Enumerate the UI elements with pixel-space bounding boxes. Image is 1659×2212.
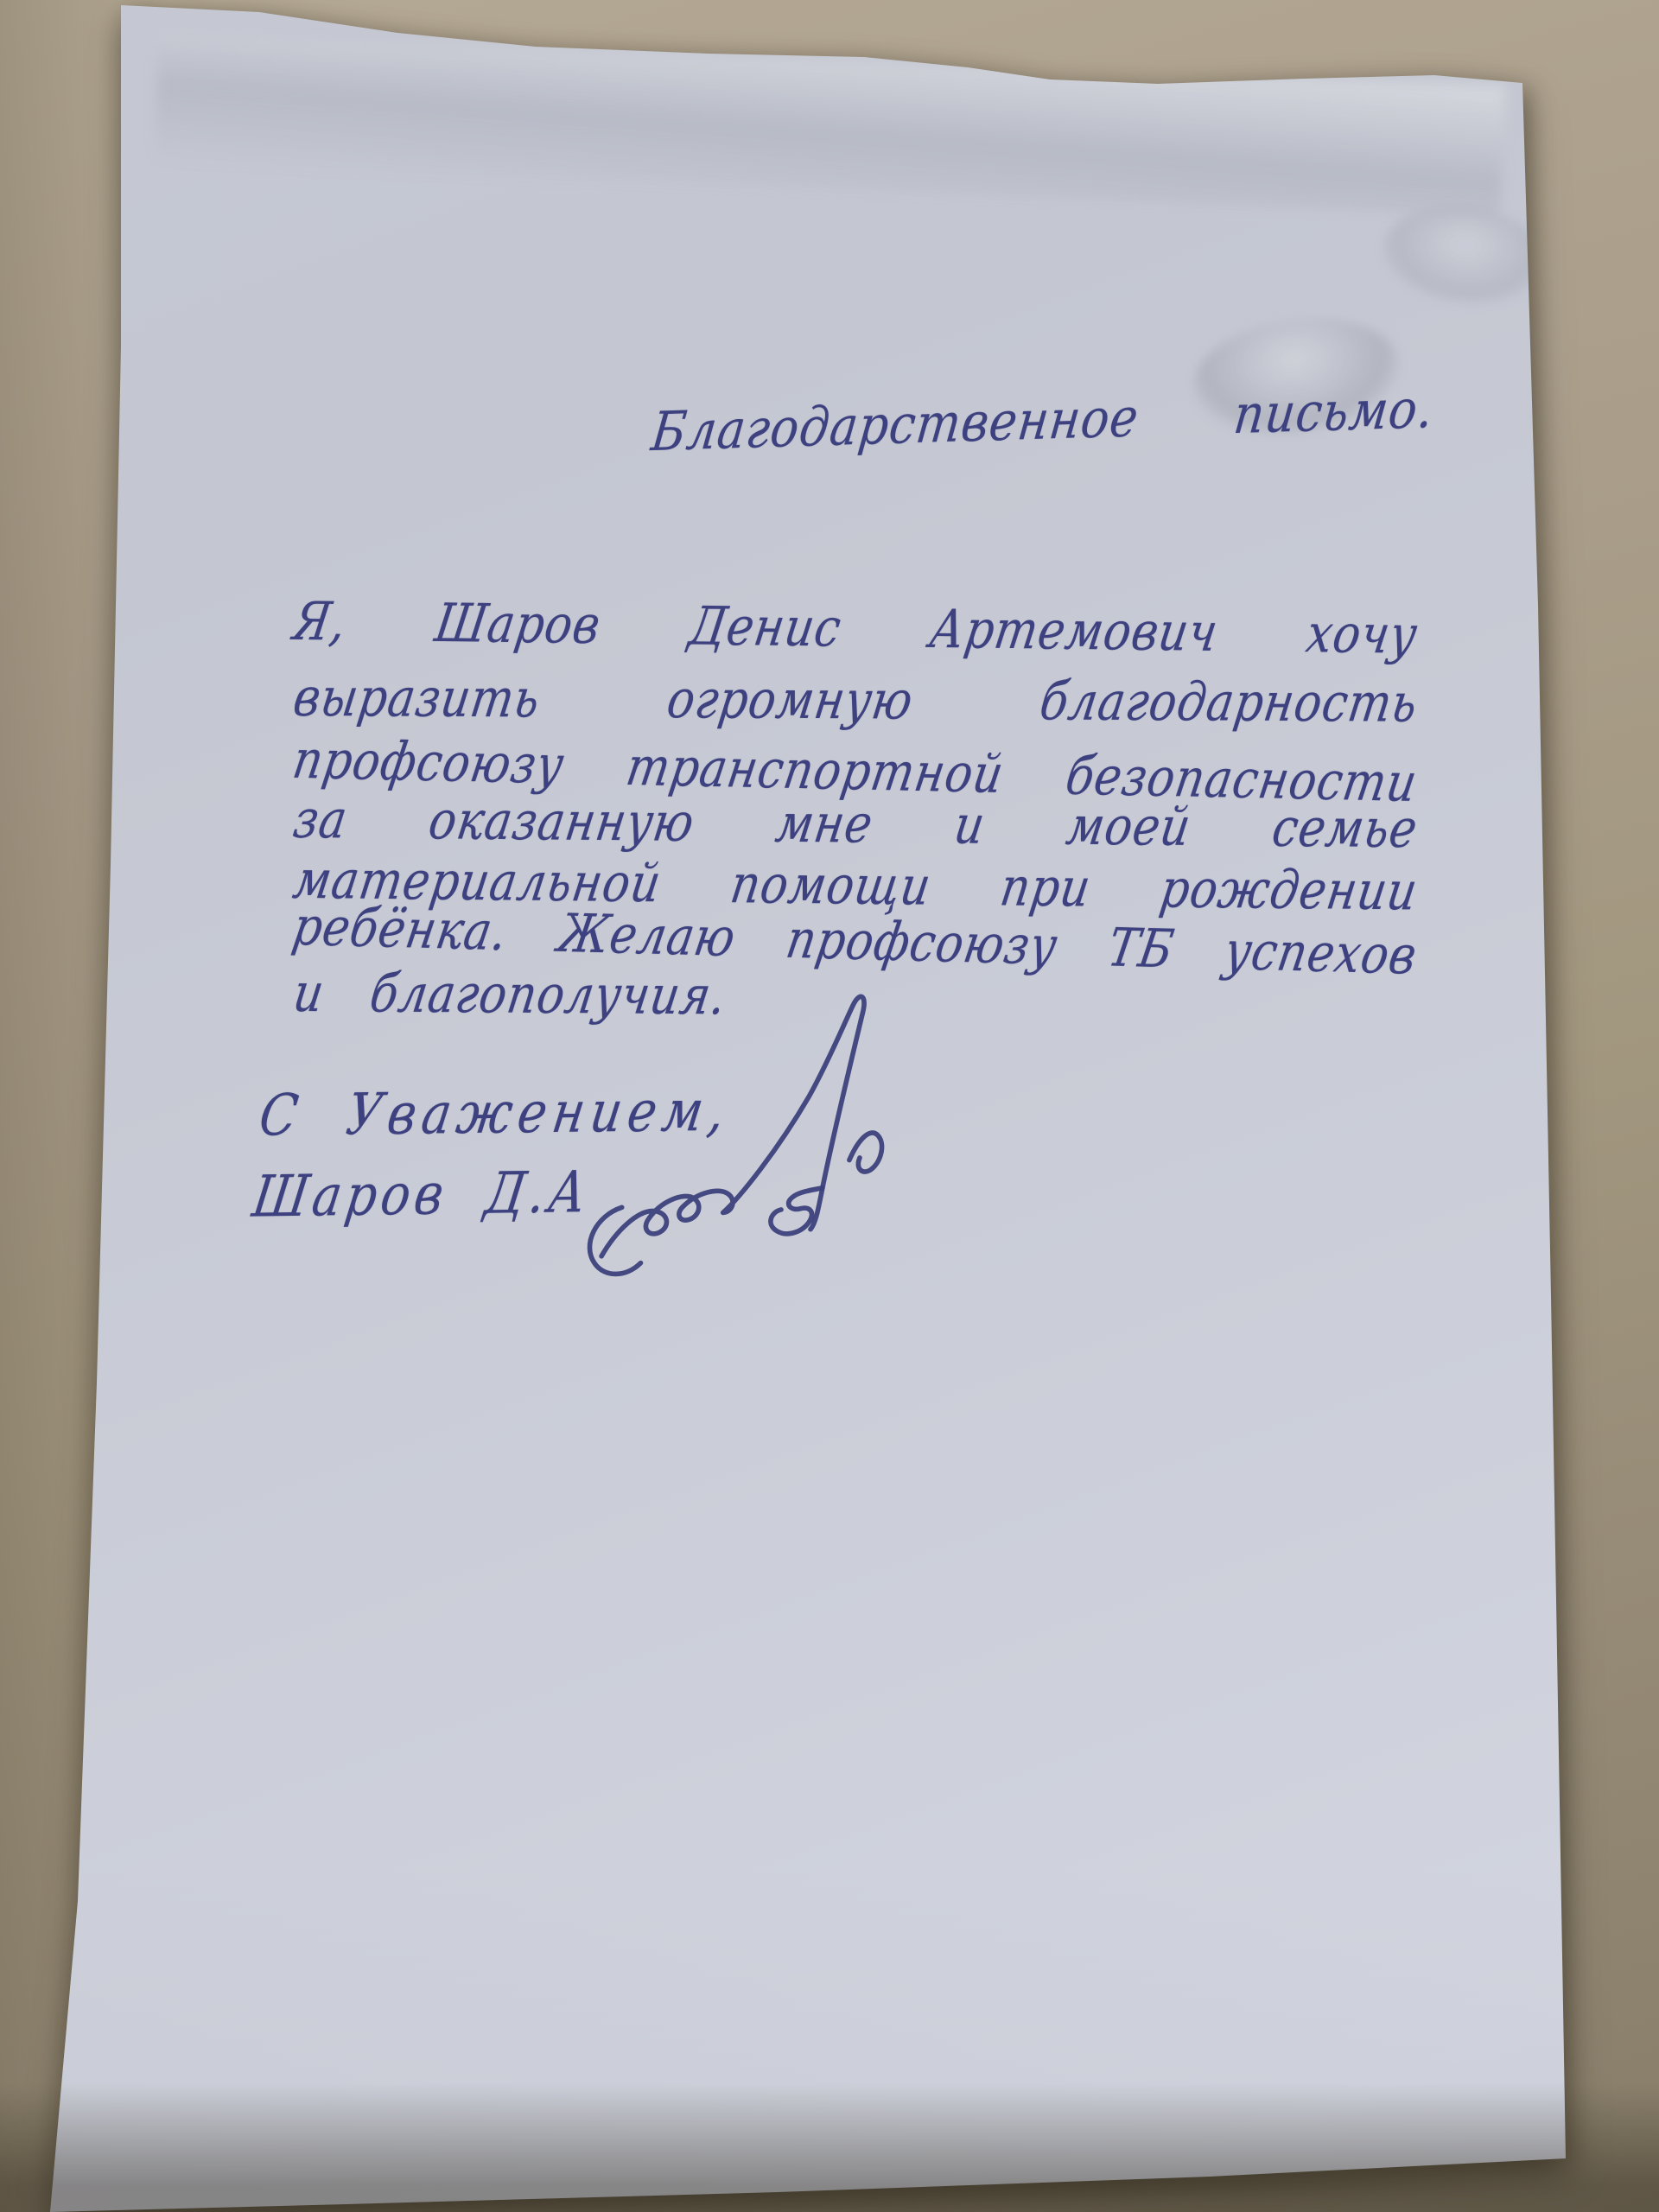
word: Я, bbox=[289, 594, 350, 651]
word: рождении bbox=[1157, 862, 1421, 920]
letter-body-line: заоказаннуюмнеимоейсемье bbox=[289, 792, 1421, 858]
letter-paper: Благодарственноеписьмо. Я,ШаровДенисАрте… bbox=[0, 0, 1659, 2212]
word: Артемович bbox=[926, 602, 1222, 661]
signature-flourish-icon bbox=[553, 980, 974, 1286]
closing-signature-line: Шаров Д.А bbox=[249, 1164, 594, 1229]
word: огромную bbox=[664, 672, 917, 729]
closing-name: Шаров bbox=[249, 1166, 451, 1229]
word: выразить bbox=[290, 671, 544, 728]
letter-body-line: выразитьогромнуюблагодарность bbox=[290, 671, 1421, 732]
word: хочу bbox=[1303, 607, 1421, 664]
paper-top-curl-crease bbox=[154, 35, 1506, 216]
word: за bbox=[289, 792, 351, 849]
word: семье bbox=[1268, 801, 1421, 858]
word: ребёнка. bbox=[289, 899, 512, 961]
word: Денис bbox=[685, 600, 845, 657]
word: благодарность bbox=[1037, 675, 1421, 733]
word: письмо. bbox=[1231, 381, 1437, 443]
word: и bbox=[950, 798, 988, 855]
word: при bbox=[997, 861, 1095, 917]
word: мне bbox=[772, 797, 877, 853]
background-bottom-shadow bbox=[0, 2082, 1659, 2212]
paper-wrapper: Благодарственноеписьмо. Я,ШаровДенисАрте… bbox=[0, 0, 1659, 2212]
word: моей bbox=[1063, 799, 1194, 856]
letter-title: Благодарственноеписьмо. bbox=[649, 381, 1437, 461]
word: успехов bbox=[1220, 924, 1421, 984]
word: ТБ bbox=[1104, 921, 1179, 978]
word: профсоюзу bbox=[289, 733, 569, 794]
word: Желаю bbox=[554, 906, 740, 967]
paper-dimple bbox=[1378, 199, 1551, 310]
word: помощи bbox=[727, 857, 934, 915]
letter-body-line: Я,ШаровДенисАртемовичхочу bbox=[289, 594, 1421, 664]
word: Шаров bbox=[431, 596, 604, 654]
word: и bbox=[289, 966, 327, 1022]
photo-of-handwritten-letter: Благодарственноеписьмо. Я,ШаровДенисАрте… bbox=[0, 0, 1659, 2212]
word: оказанную bbox=[425, 793, 698, 851]
word: Благодарственное bbox=[649, 390, 1141, 461]
word: профсоюзу bbox=[782, 912, 1061, 975]
